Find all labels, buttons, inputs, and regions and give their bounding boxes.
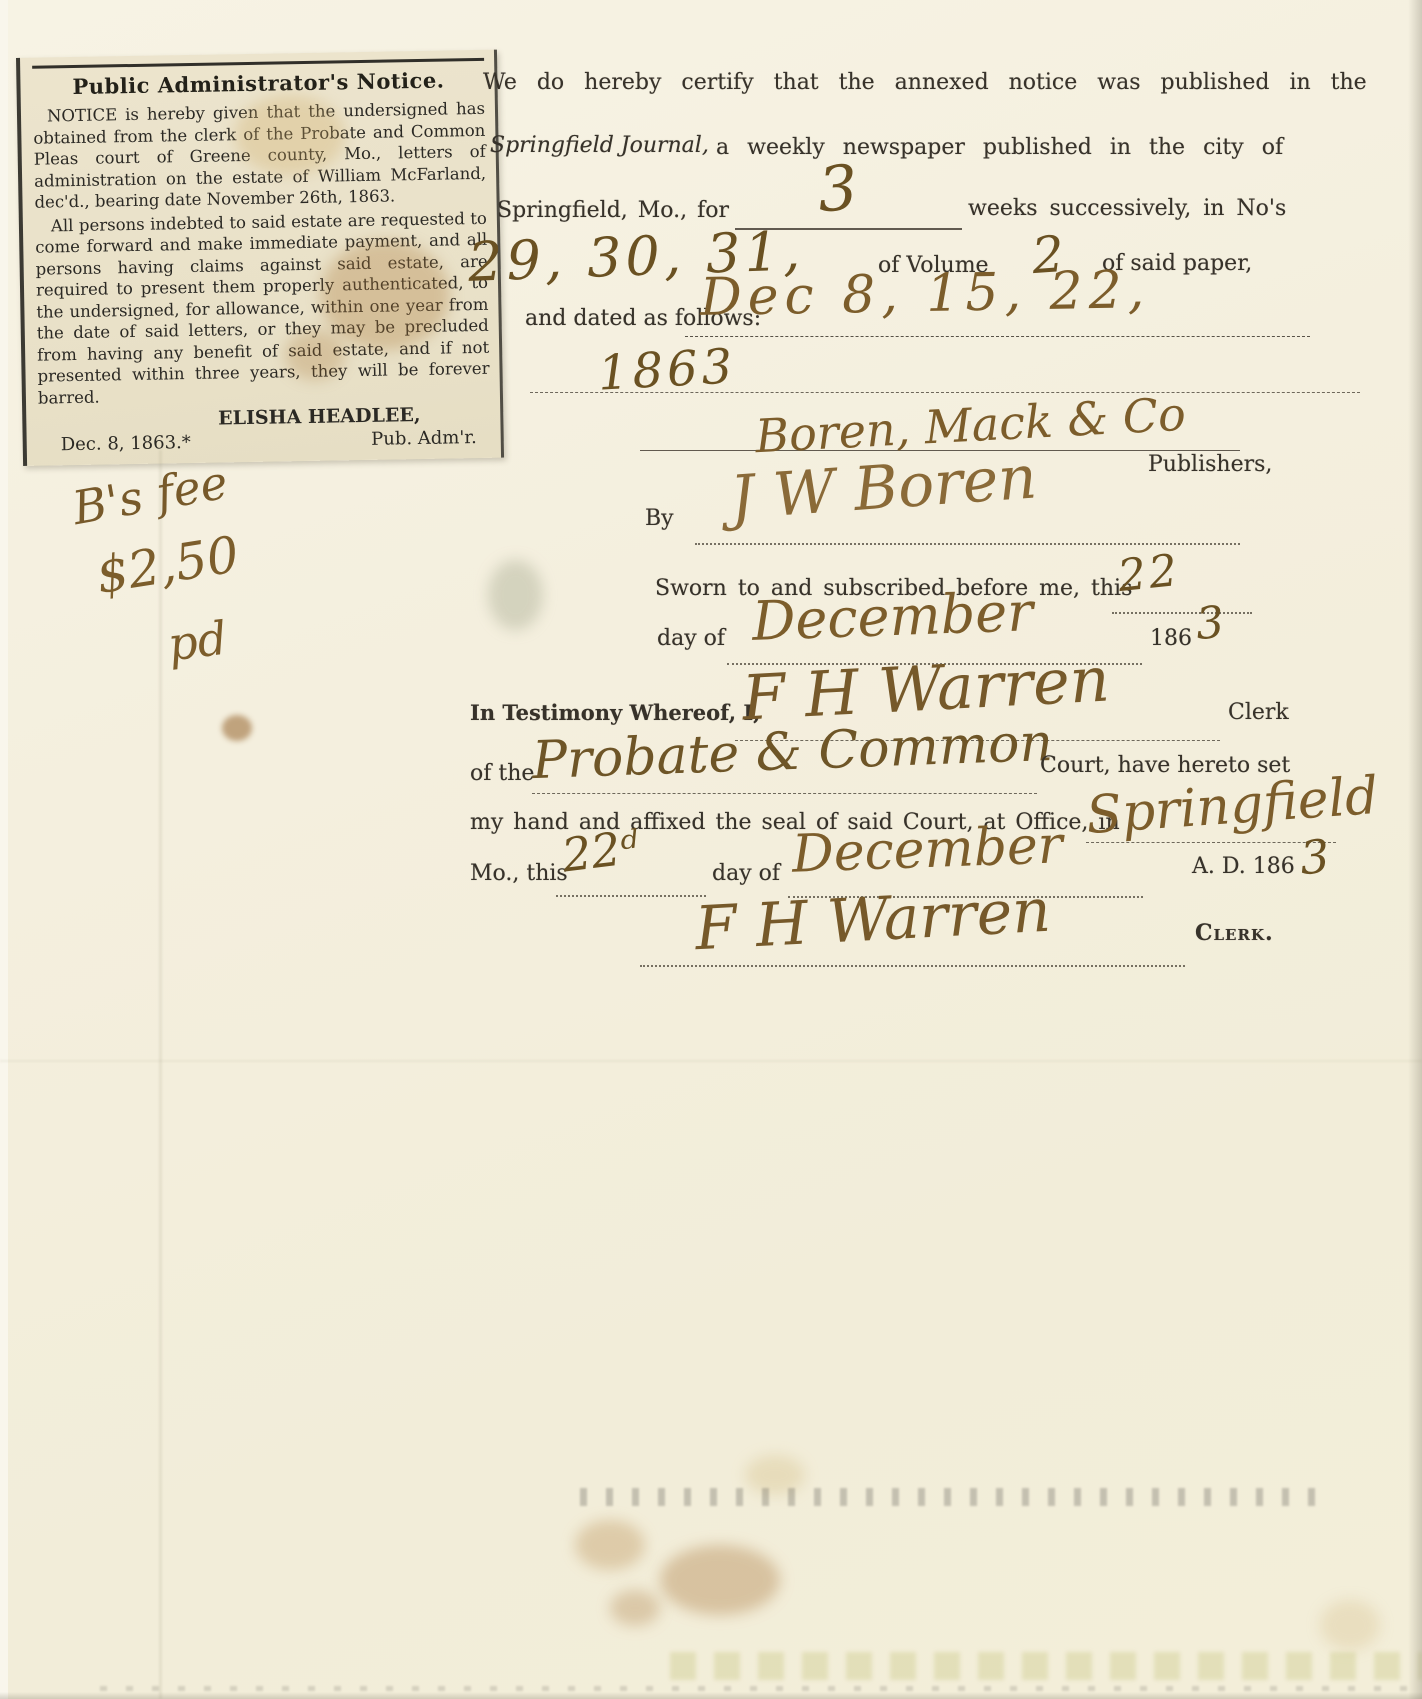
certify-line-2: a weekly newspaper published in the city… bbox=[716, 135, 1283, 160]
by-label: By bbox=[645, 506, 674, 531]
year-handwriting: 1863 bbox=[597, 342, 737, 397]
publishers-label: Publishers, bbox=[1148, 452, 1272, 477]
scan-edge-left bbox=[0, 0, 8, 1699]
clerk-label: Clerk bbox=[1228, 700, 1289, 725]
by-signature-line bbox=[695, 543, 1240, 545]
sworn-month-handwriting: December bbox=[751, 585, 1034, 649]
clerk-signature-line bbox=[640, 965, 1185, 967]
certify-line-3-prefix: Springfield, Mo., for bbox=[497, 198, 729, 223]
sworn-day-handwriting: 22 bbox=[1116, 549, 1182, 599]
ink-offset-ghost-text bbox=[580, 1488, 1320, 1506]
bottom-edge-speckle bbox=[100, 1686, 1422, 1691]
scan-edge-right bbox=[1408, 0, 1422, 1699]
court-name-line bbox=[532, 793, 1037, 794]
weeks-value-handwriting: 3 bbox=[816, 157, 860, 222]
clerk-caps-label: Clerk. bbox=[1195, 920, 1274, 946]
certify-line-1: We do hereby certify that the annexed no… bbox=[483, 70, 1367, 95]
clipping-signer-title: Pub. Adm'r. bbox=[371, 427, 477, 450]
year-digit-handwriting: 3 bbox=[1194, 601, 1226, 647]
sworn-day-line bbox=[1112, 612, 1252, 614]
testimony-label: In Testimony Whereof, I, bbox=[470, 700, 760, 725]
dates-handwriting: Dec 8, 15, 22, bbox=[700, 264, 1151, 324]
ad-year-printed: A. D. 186 bbox=[1192, 854, 1295, 879]
newspaper-name: Springfield Journal, bbox=[490, 133, 709, 158]
paper-stain bbox=[488, 560, 543, 630]
day-of-label: day of bbox=[657, 626, 725, 651]
day-number-handwriting: 22ᵈ bbox=[559, 823, 641, 878]
fold-crease-vertical bbox=[159, 450, 162, 1699]
paper-stain bbox=[235, 95, 345, 175]
year-printed: 186 bbox=[1150, 626, 1192, 651]
day-number-line bbox=[556, 895, 706, 897]
stamp-bleedthrough bbox=[670, 1652, 1422, 1680]
month-handwriting-2: December bbox=[791, 819, 1063, 880]
paper-stain bbox=[575, 1520, 645, 1570]
of-the-label: of the bbox=[470, 761, 534, 786]
margin-note-fee-line: B's fee bbox=[69, 459, 231, 531]
court-name-handwriting: Probate & Common bbox=[531, 717, 1053, 787]
clerk-signature-handwriting: F H Warren bbox=[694, 881, 1052, 960]
paper-stain bbox=[285, 330, 345, 380]
margin-note-paid: pd bbox=[165, 615, 229, 668]
mo-this-label: Mo., this bbox=[470, 861, 568, 886]
paper-stain bbox=[320, 240, 450, 350]
paper-stain bbox=[660, 1545, 780, 1615]
clipping-title: Public Administrator's Notice. bbox=[32, 67, 484, 100]
fold-crease-horizontal bbox=[0, 1060, 1422, 1062]
paper-stain bbox=[222, 715, 252, 741]
clipping-date: Dec. 8, 1863.* bbox=[61, 432, 191, 455]
certify-line-3-suffix: weeks successively, in No's bbox=[968, 196, 1286, 221]
scan-edge-bottom bbox=[0, 1692, 1422, 1699]
ad-year-digit-handwriting: 3 bbox=[1298, 833, 1331, 881]
paper-stain bbox=[1320, 1600, 1380, 1650]
scanned-document-page: Public Administrator's Notice. NOTICE is… bbox=[0, 0, 1422, 1699]
margin-note-amount: $2,50 bbox=[93, 529, 242, 601]
dates-blank-line bbox=[685, 336, 1310, 337]
paper-stain bbox=[610, 1590, 660, 1626]
place-handwriting: Springfield bbox=[1085, 770, 1380, 842]
day-of-label-2: day of bbox=[712, 861, 780, 886]
by-signature-handwriting: J W Boren bbox=[728, 447, 1038, 528]
